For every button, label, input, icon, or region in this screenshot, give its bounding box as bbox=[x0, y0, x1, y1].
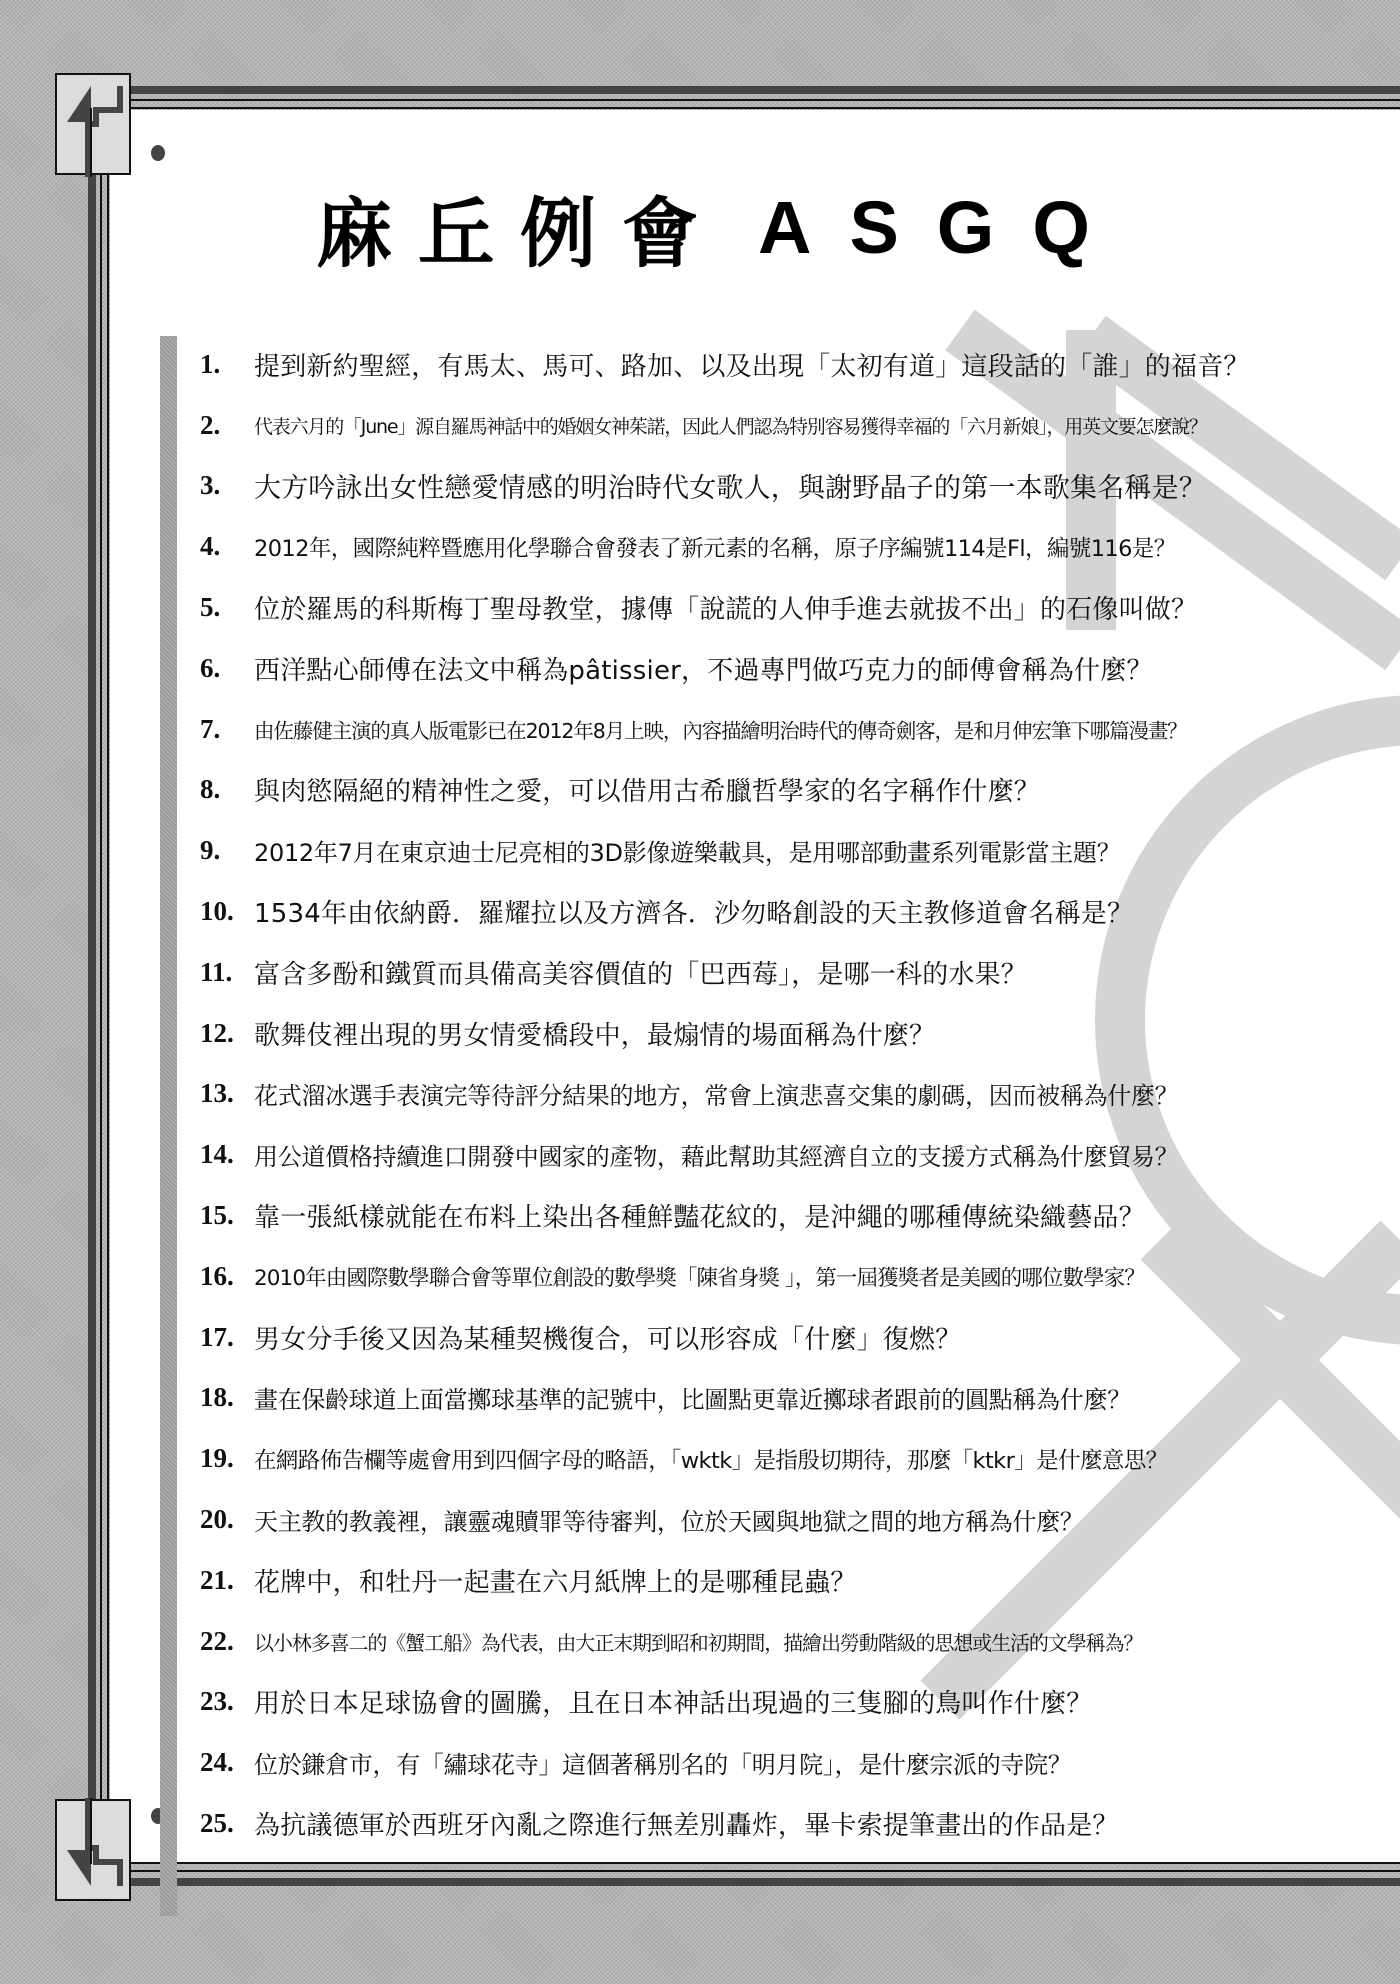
question-item: 25.為抗議德軍於西班牙內亂之際進行無差別轟炸，畢卡索提筆畫出的作品是？ bbox=[200, 1793, 1280, 1854]
question-text: 大方吟詠出女性戀愛情感的明治時代女歌人，與謝野晶子的第一本歌集名稱是？ bbox=[254, 466, 1206, 505]
question-item: 5.位於羅馬的科斯梅丁聖母教堂，據傳「說謊的人伸手進去就拔不出」的石像叫做？ bbox=[200, 577, 1280, 638]
question-number: 22. bbox=[200, 1626, 254, 1657]
question-number: 10. bbox=[200, 896, 254, 927]
question-item: 19.在網路佈告欄等處會用到四個字母的略語，「wktk」是指殷切期待，那麼「kt… bbox=[200, 1428, 1280, 1489]
frame-top-line bbox=[128, 107, 1400, 109]
question-item: 8.與肉慾隔絕的精神性之愛，可以借用古希臘哲學家的名字稱作什麼？ bbox=[200, 760, 1280, 821]
frame-left-line bbox=[107, 168, 109, 1823]
question-number: 9. bbox=[200, 835, 254, 866]
frame-left-line bbox=[100, 168, 102, 1823]
decorative-side-bar bbox=[160, 336, 177, 1916]
question-list: 1.提到新約聖經，有馬太、馬可、路加、以及出現「太初有道」這段話的「誰」的福音？… bbox=[200, 334, 1280, 1854]
question-number: 11. bbox=[200, 957, 254, 988]
question-text: 富含多酚和鐵質而具備高美容價值的「巴西莓」，是哪一科的水果？ bbox=[254, 954, 1027, 991]
question-item: 7.由佐藤健主演的真人版電影已在2012年8月上映，內容描繪明治時代的傳奇劍客，… bbox=[200, 699, 1280, 760]
question-text: 西洋點心師傅在法文中稱為pâtissier，不過專門做巧克力的師傅會稱為什麼？ bbox=[254, 650, 1153, 687]
question-text: 由佐藤健主演的真人版電影已在2012年8月上映，內容描繪明治時代的傳奇劍客，是和… bbox=[254, 714, 1187, 744]
question-text: 2012年7月在東京迪士尼亮相的3D影像遊樂載具，是用哪部動畫系列電影當主題？ bbox=[254, 833, 1120, 868]
question-number: 7. bbox=[200, 714, 254, 745]
question-item: 23.用於日本足球協會的圖騰，且在日本神話出現過的三隻腳的鳥叫作什麼？ bbox=[200, 1672, 1280, 1733]
question-text: 用於日本足球協會的圖騰，且在日本神話出現過的三隻腳的鳥叫作什麼？ bbox=[254, 1683, 1092, 1720]
question-text: 與肉慾隔絕的精神性之愛，可以借用古希臘哲學家的名字稱作什麼？ bbox=[254, 771, 1040, 808]
title-cjk: 麻丘例會 bbox=[316, 173, 724, 282]
question-text: 在網路佈告欄等處會用到四個字母的略語，「wktk」是指殷切期待，那麼「ktkr」… bbox=[254, 1443, 1168, 1475]
question-number: 5. bbox=[200, 592, 254, 623]
question-item: 15.靠一張紙樣就能在布料上染出各種鮮豔花紋的，是沖繩的哪種傳統染織藝品？ bbox=[200, 1185, 1280, 1246]
question-number: 12. bbox=[200, 1018, 254, 1049]
page-title: 麻丘例會 ASGQ bbox=[316, 172, 1128, 282]
question-text: 靠一張紙樣就能在布料上染出各種鮮豔花紋的，是沖繩的哪種傳統染織藝品？ bbox=[254, 1197, 1145, 1234]
question-number: 20. bbox=[200, 1504, 254, 1535]
question-item: 10.1534年由依納爵．羅耀拉以及方濟各．沙勿略創設的天主教修道會名稱是？ bbox=[200, 881, 1280, 942]
question-item: 16.2010年由國際數學聯合會等單位創設的數學獎「陳省身獎 」，第一屆獲獎者是… bbox=[200, 1246, 1280, 1307]
question-number: 4. bbox=[200, 531, 254, 562]
question-text: 用公道價格持續進口開發中國家的產物，藉此幫助其經濟自立的支援方式稱為什麼貿易？ bbox=[254, 1137, 1178, 1172]
question-text: 代表六月的「June」源自羅馬神話中的婚姻女神茱諾，因此人們認為特別容易獲得幸福… bbox=[254, 412, 1207, 439]
question-number: 13. bbox=[200, 1078, 254, 1109]
question-item: 20.天主教的教義裡，讓靈魂贖罪等待審判，位於天國與地獄之間的地方稱為什麼？ bbox=[200, 1489, 1280, 1550]
question-number: 15. bbox=[200, 1200, 254, 1231]
question-number: 17. bbox=[200, 1322, 254, 1353]
question-number: 3. bbox=[200, 470, 254, 501]
question-item: 17.男女分手後又因為某種契機復合，可以形容成「什麼」復燃？ bbox=[200, 1307, 1280, 1368]
question-number: 14. bbox=[200, 1139, 254, 1170]
question-item: 1.提到新約聖經，有馬太、馬可、路加、以及出現「太初有道」這段話的「誰」的福音？ bbox=[200, 334, 1280, 395]
question-text: 畫在保齡球道上面當擲球基準的記號中，比圖點更靠近擲球者跟前的圓點稱為什麼？ bbox=[254, 1380, 1131, 1415]
question-text: 歌舞伎裡出現的男女情愛橋段中，最煽情的場面稱為什麼？ bbox=[254, 1015, 935, 1052]
frame-bottom-line bbox=[128, 1870, 1400, 1872]
question-item: 22.以小林多喜二的《蟹工船》為代表，由大正末期到昭和初期間，描繪出勞動階級的思… bbox=[200, 1611, 1280, 1672]
question-text: 2010年由國際數學聯合會等單位創設的數學獎「陳省身獎 」，第一屆獲獎者是美國的… bbox=[254, 1261, 1145, 1292]
frame-left-bar bbox=[88, 160, 96, 1830]
question-number: 6. bbox=[200, 653, 254, 684]
question-item: 18.畫在保齡球道上面當擲球基準的記號中，比圖點更靠近擲球者跟前的圓點稱為什麼？ bbox=[200, 1368, 1280, 1429]
frame-top-bar bbox=[120, 86, 1400, 94]
question-text: 男女分手後又因為某種契機復合，可以形容成「什麼」復燃？ bbox=[254, 1319, 961, 1356]
title-latin: ASGQ bbox=[758, 185, 1128, 270]
question-number: 21. bbox=[200, 1565, 254, 1596]
question-number: 23. bbox=[200, 1686, 254, 1717]
question-text: 天主教的教義裡，讓靈魂贖罪等待審判，位於天國與地獄之間的地方稱為什麼？ bbox=[254, 1502, 1084, 1537]
corner-ornament-bottom-left-icon bbox=[54, 1798, 134, 1904]
question-item: 4.2012年，國際純粹暨應用化學聯合會發表了新元素的名稱，原子序編號114是F… bbox=[200, 516, 1280, 577]
question-item: 9.2012年7月在東京迪士尼亮相的3D影像遊樂載具，是用哪部動畫系列電影當主題… bbox=[200, 820, 1280, 881]
question-number: 25. bbox=[200, 1808, 254, 1839]
question-number: 8. bbox=[200, 774, 254, 805]
question-item: 6.西洋點心師傅在法文中稱為pâtissier，不過專門做巧克力的師傅會稱為什麼… bbox=[200, 638, 1280, 699]
question-item: 21.花牌中，和牡丹一起畫在六月紙牌上的是哪種昆蟲？ bbox=[200, 1550, 1280, 1611]
question-item: 14.用公道價格持續進口開發中國家的產物，藉此幫助其經濟自立的支援方式稱為什麼貿… bbox=[200, 1124, 1280, 1185]
question-number: 24. bbox=[200, 1747, 254, 1778]
question-text: 以小林多喜二的《蟹工船》為代表，由大正末期到昭和初期間，描繪出勞動階級的思想或生… bbox=[254, 1627, 1142, 1656]
frame-top-line bbox=[128, 99, 1400, 101]
question-number: 1. bbox=[200, 349, 254, 380]
question-item: 2.代表六月的「June」源自羅馬神話中的婚姻女神茱諾，因此人們認為特別容易獲得… bbox=[200, 395, 1280, 456]
question-text: 提到新約聖經，有馬太、馬可、路加、以及出現「太初有道」這段話的「誰」的福音？ bbox=[254, 346, 1250, 383]
question-number: 19. bbox=[200, 1443, 254, 1474]
question-text: 為抗議德軍於西班牙內亂之際進行無差別轟炸，畢卡索提筆畫出的作品是？ bbox=[254, 1805, 1119, 1842]
question-number: 2. bbox=[200, 410, 254, 441]
question-item: 24.位於鎌倉市，有「繡球花寺」這個著稱別名的「明月院」，是什麼宗派的寺院？ bbox=[200, 1732, 1280, 1793]
frame-bottom-line bbox=[128, 1862, 1400, 1864]
question-item: 12.歌舞伎裡出現的男女情愛橋段中，最煽情的場面稱為什麼？ bbox=[200, 1003, 1280, 1064]
question-text: 2012年，國際純粹暨應用化學聯合會發表了新元素的名稱，原子序編號114是Fl，… bbox=[254, 531, 1176, 563]
question-number: 16. bbox=[200, 1261, 254, 1292]
question-item: 13.花式溜冰選手表演完等待評分結果的地方，常會上演悲喜交集的劇碼，因而被稱為什… bbox=[200, 1064, 1280, 1125]
question-text: 位於羅馬的科斯梅丁聖母教堂，據傳「說謊的人伸手進去就拔不出」的石像叫做？ bbox=[254, 589, 1197, 626]
frame-bottom-bar bbox=[120, 1878, 1400, 1886]
corner-ornament-top-left-icon bbox=[54, 72, 134, 177]
question-item: 3.大方吟詠出女性戀愛情感的明治時代女歌人，與謝野晶子的第一本歌集名稱是？ bbox=[200, 456, 1280, 517]
question-text: 花牌中，和牡丹一起畫在六月紙牌上的是哪種昆蟲？ bbox=[254, 1562, 857, 1599]
question-text: 位於鎌倉市，有「繡球花寺」這個著稱別名的「明月院」，是什麼宗派的寺院？ bbox=[254, 1745, 1072, 1780]
corner-dot-icon bbox=[151, 145, 165, 161]
question-number: 18. bbox=[200, 1382, 254, 1413]
question-item: 11.富含多酚和鐵質而具備高美容價值的「巴西莓」，是哪一科的水果？ bbox=[200, 942, 1280, 1003]
question-text: 花式溜冰選手表演完等待評分結果的地方，常會上演悲喜交集的劇碼，因而被稱為什麼？ bbox=[254, 1076, 1178, 1111]
question-text: 1534年由依納爵．羅耀拉以及方濟各．沙勿略創設的天主教修道會名稱是？ bbox=[254, 893, 1133, 930]
